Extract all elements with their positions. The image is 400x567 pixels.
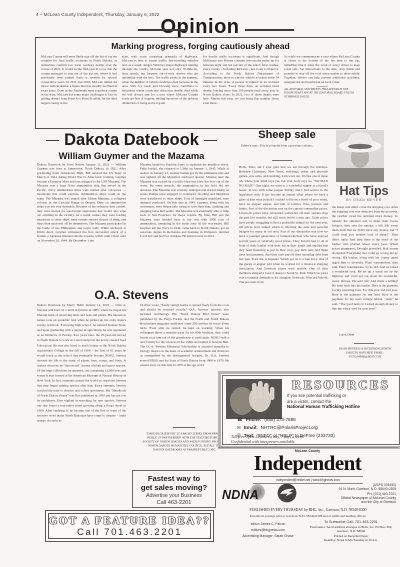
sheep-credit-rule — [354, 343, 374, 344]
masthead-periodicals: Periodicals postage paid at Garrison, N.… — [218, 514, 398, 518]
masthead-postmaster: Postmaster: Send address changes to BHG,… — [306, 526, 396, 534]
phone-icon: ☎ — [237, 417, 243, 423]
sheep-signoff: Later, Dean — [332, 333, 398, 337]
stevens-title: O.A. Stevens — [35, 288, 228, 302]
hattips-title: Hat Tips — [330, 184, 398, 198]
sheep-credit: Dean Meyer is a Dickinson, North Dakota,… — [334, 347, 396, 359]
email-icon: ✉ — [237, 425, 241, 431]
datebook-subtitle: William Guymer and the Mazama — [35, 150, 228, 161]
section-rule-left — [138, 29, 187, 31]
datebook-title: Dakota Datebook — [64, 131, 199, 150]
masthead-official-2: and the City of Garrison — [298, 500, 396, 504]
resources-hotline: National Human Trafficking Hotline — [287, 404, 397, 409]
heading-rule-left — [46, 140, 59, 142]
masthead-editor-email: editors@bhgnews.com — [228, 528, 308, 532]
sheep-col-2: the sheep sale didn't cover the shipping… — [332, 205, 398, 311]
sales-ad-line-4: Call 463-2201 — [133, 500, 215, 506]
masthead-top-rule — [218, 447, 398, 448]
section-rule-right — [245, 29, 294, 31]
editorial-col-4: So while we commemorate a year where McL… — [284, 55, 360, 85]
hat-tips-photo — [336, 130, 384, 182]
resources-title: RESOURCES — [285, 378, 397, 393]
hattips-byline: BY DEAN MEYER — [330, 198, 398, 202]
sales-ad-line-1: Fastest way to — [133, 474, 215, 483]
masthead-subscribe: To Subscribe Call: 701-463-2201 — [306, 520, 396, 525]
editorial-columns: McLean County will most likely stay off … — [41, 55, 360, 125]
resources-intro-2: are a victim, contact the — [287, 399, 395, 404]
trafficking-photo — [226, 379, 282, 419]
editorial-col-1: McLean County will most likely stay off … — [41, 55, 117, 106]
masthead-info-block: (USPS 335150) 91 N. Main, Garrison, N.D.… — [298, 483, 396, 505]
resources-intro-1: If you see potential trafficking or — [287, 393, 395, 398]
feature-ad-line-2: Call 701.463.2201 — [46, 527, 213, 538]
stevens-col-1: Dakota Datebook by Merry Helm January 12… — [37, 303, 126, 424]
newspaper-page: 4 – McLean County Independent, Thursday,… — [0, 0, 400, 567]
editorial-col-2: state, with roads consisting primarily o… — [122, 55, 198, 106]
eagle-logo — [277, 483, 297, 503]
sheep-col-1: Hello, Man, am I ever glad that we are t… — [239, 165, 328, 285]
masthead-subscribe-block: To Subscribe Call: 701-463-2201 Postmast… — [306, 520, 396, 543]
stevens-divider-rule — [173, 427, 195, 428]
editorial-disclaimer: ALL EDITORIAL SENTIMENTS THAT APPEAR IN … — [284, 88, 360, 99]
resources-email-label: Email: — [244, 425, 258, 430]
resources-email-value: NHTRC@PolarisProject.org — [261, 425, 318, 430]
ndna-logo: NDNA — [222, 486, 259, 504]
masthead-name: Independent — [240, 451, 375, 476]
datebook-col-1: Dakota Datebook by Scott Nelson January … — [37, 163, 126, 243]
section-title: Opinion — [0, 16, 400, 39]
editorial-title: Marking progress, forging cautiously ahe… — [36, 41, 365, 51]
sales-ad-box: Fastest way to get sales moving? Adverti… — [132, 470, 216, 508]
masthead-staff-block: editor: James C. Falcon editors@bhgnews.… — [228, 522, 308, 538]
editorial-col-3: for deadly traffic accidents is signific… — [203, 55, 279, 106]
stevens-col-2: 1919 he wrote, "Leafy spurge seems to sp… — [140, 303, 229, 368]
editorial-box: Marking progress, forging cautiously ahe… — [35, 37, 366, 129]
sheep-note-rule — [272, 160, 292, 161]
heading-rule-right — [204, 140, 217, 142]
resources-phone-value: (888) 373-7888 — [264, 417, 295, 422]
resources-box: RESOURCES If you see potential trafficki… — [218, 371, 400, 449]
sheep-title: Sheep sale — [237, 129, 337, 141]
feature-ad-box: GOT A FEATURE IDEA?? Call 701.463.2201 — [45, 510, 214, 542]
resources-fine-2: Confidential with interpreters available… — [231, 439, 391, 444]
masthead-editor: editor: James C. Falcon — [228, 522, 308, 526]
masthead-ad-manager: Advertising Manager: Sarah Chase — [228, 534, 308, 538]
resources-phone-label: Phone: — [246, 417, 262, 422]
sales-ad-line-2: get sales moving? — [133, 483, 215, 492]
datebook-heading-row: Dakota Datebook — [35, 131, 228, 150]
datebook-col-2: Mazama headed to Espiritu Santo to reple… — [140, 163, 229, 239]
sales-ad-line-3: Advertise your Business — [133, 493, 215, 499]
masthead-published: PUBLISHED EVERY THURSDAY by BHG, Inc., G… — [218, 508, 398, 512]
editorial-divider-rule — [317, 86, 328, 87]
sheep-editors-note: Editor's note: This is a reprint from a … — [241, 144, 326, 148]
masthead-deadline: Deadline: News & Ads Tuesday at 10 a.m. — [306, 539, 396, 543]
stevens-credit: "Dakota Datebook" is a radio series from… — [142, 432, 227, 452]
feature-ad-line-1: GOT A FEATURE IDEA?? — [46, 515, 213, 527]
ndna-text: NDNA — [222, 488, 259, 502]
